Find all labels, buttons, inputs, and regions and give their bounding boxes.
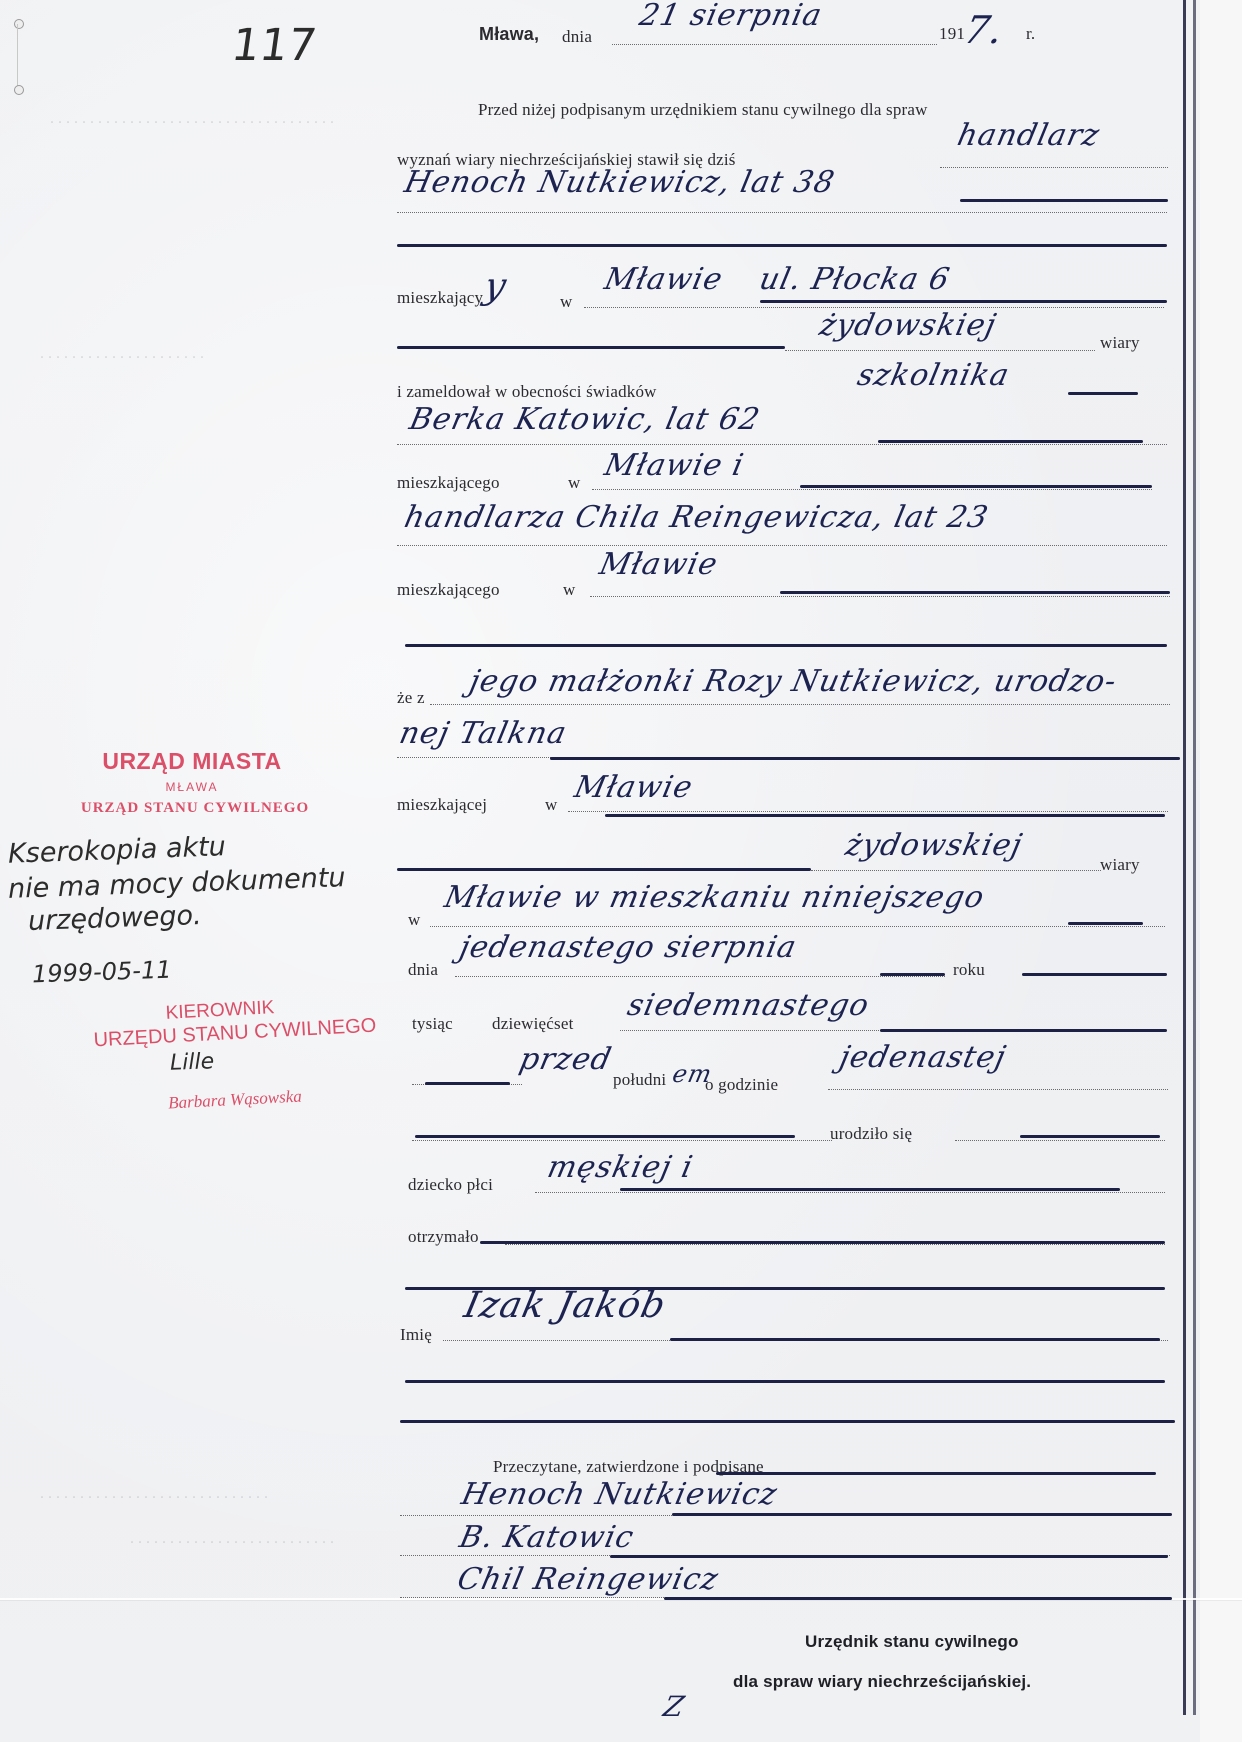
certification-note-line-3: urzędowego.	[28, 900, 203, 937]
header-year-prefix: 191	[939, 24, 965, 44]
office-stamp-line-2: MŁAWA	[72, 780, 312, 794]
birth-year-value: siedemnastego	[624, 988, 872, 1023]
dotted-fill	[430, 704, 1170, 705]
header-date: 21 sierpnia	[636, 0, 825, 33]
mother-faith-label: wiary	[1100, 855, 1140, 875]
birth-thousand-label: tysiąc	[412, 1014, 453, 1034]
residence-faith: żydowskiej	[816, 308, 999, 343]
birth-hour-value: jedenastej	[836, 1040, 1009, 1075]
witness-1-residence: Mławie i	[601, 448, 747, 483]
birth-time-value: przed	[516, 1042, 615, 1077]
fill-line	[397, 868, 811, 871]
signature-declarant: Henoch Nutkiewicz	[458, 1477, 780, 1512]
signature-witness-2: Chil Reingewicz	[454, 1562, 722, 1597]
show-through-text: . . . . . . . . . . . . . . . . . . . . …	[50, 110, 334, 128]
border-rule	[1183, 0, 1186, 1715]
record-number: 117	[228, 20, 319, 71]
dotted-fill	[955, 1140, 1165, 1141]
dotted-fill	[828, 1089, 1168, 1090]
fill-line	[397, 346, 785, 349]
birth-hour-label: o godzinie	[705, 1075, 778, 1095]
mother-residence-label: mieszkającej	[397, 795, 487, 815]
residence-label: mieszkający	[397, 288, 483, 308]
staple-mark	[17, 24, 18, 86]
fill-line	[550, 757, 1180, 760]
head-signature: Lille	[170, 1049, 215, 1076]
document-page: . . . . . . . . . . . . . . . . . . . . …	[0, 0, 1242, 1742]
certification-note-line-1: Kserokopia aktu	[8, 831, 227, 870]
residence-w-label: w	[560, 292, 572, 312]
witness-1-w-label: w	[568, 473, 580, 493]
birth-hundreds-label: dziewięćset	[492, 1014, 574, 1034]
fill-line	[397, 244, 1167, 247]
certification-note-line-2: nie ma mocy dokumentu	[8, 862, 346, 905]
witnesses-label: i zameldował w obecności świadków	[397, 382, 657, 402]
birth-noon-label: południ	[613, 1070, 666, 1090]
fill-line	[716, 1472, 1156, 1475]
birth-place: Mławie w mieszkaniu niniejszego	[441, 880, 988, 915]
fill-line	[800, 485, 1152, 488]
residence-place: Mławie	[601, 262, 726, 297]
fill-line	[1022, 973, 1167, 976]
witness-1-name: Berka Katowic, lat 62	[406, 402, 763, 437]
dotted-fill	[535, 1192, 1165, 1193]
fill-line	[1068, 392, 1138, 395]
office-stamp-line-3: URZĄD STANU CYWILNEGO	[45, 800, 345, 817]
fill-line	[878, 440, 1143, 443]
fill-line	[880, 973, 945, 976]
dotted-fill	[590, 596, 1170, 597]
header-year-suffix: 7.	[960, 8, 1008, 52]
dotted-fill	[430, 926, 1165, 927]
official-mark: Z	[660, 1690, 687, 1723]
child-sex-label: dziecko płci	[408, 1175, 493, 1195]
border-rule	[1193, 0, 1196, 1715]
dotted-fill	[397, 212, 1167, 213]
fill-line	[480, 1241, 1165, 1244]
fill-line	[425, 1082, 510, 1085]
header-place: Mława,	[479, 24, 539, 45]
fill-line	[672, 1513, 1172, 1516]
fill-line	[415, 1135, 795, 1138]
fill-line	[400, 1420, 1175, 1423]
signature-witness-1: B. Katowic	[456, 1520, 637, 1555]
head-stamp-name: Barbara Wąsowska	[110, 1083, 361, 1116]
witness-1-occupation: szkolnika	[854, 358, 1012, 393]
birth-year-label: roku	[953, 960, 985, 980]
fill-line	[1068, 922, 1143, 925]
dotted-fill	[397, 545, 1167, 546]
declarant-value: Henoch Nutkiewicz, lat 38	[401, 165, 838, 200]
dotted-fill	[455, 976, 945, 977]
witness-1-residence-label: mieszkającego	[397, 473, 500, 493]
mother-residence: Mławie	[571, 770, 696, 805]
show-through-text: . . . . . . . . . . . . . . . . . . . . …	[130, 1530, 334, 1548]
certification-date: 1999-05-11	[32, 956, 172, 989]
fill-line	[610, 1555, 1168, 1558]
child-name-label: Imię	[400, 1325, 432, 1345]
fill-line	[620, 1188, 1120, 1191]
fill-line	[405, 1380, 1165, 1383]
residence-suffix: y	[481, 266, 511, 307]
official-title-line-2: dla spraw wiary niechrześcijańskiej.	[733, 1672, 1031, 1692]
mother-label: że z	[397, 688, 425, 708]
header-year-abbrev: r.	[1026, 24, 1035, 44]
dotted-fill	[785, 350, 1095, 351]
fill-line	[1020, 1135, 1160, 1138]
witness-2-residence: Mławie	[596, 547, 721, 582]
fill-line	[780, 591, 1170, 594]
fill-line	[605, 814, 1165, 817]
header-day-label: dnia	[562, 27, 592, 47]
dotted-fill	[940, 167, 1168, 168]
dotted-fill	[505, 1244, 1165, 1245]
fill-line	[670, 1338, 1160, 1341]
intro-line-1: Przed niżej podpisanym urzędnikiem stanu…	[478, 100, 928, 120]
staple-hole	[14, 85, 24, 95]
mother-w-label: w	[545, 795, 557, 815]
mother-faith: żydowskiej	[842, 828, 1025, 863]
mother-name-line-1: jego małżonki Rozy Nutkiewicz, urodzo-	[466, 664, 1120, 699]
child-received-label: otrzymało	[408, 1227, 479, 1247]
dotted-fill	[397, 444, 1167, 445]
child-name-value: Izak Jakób	[461, 1285, 670, 1326]
child-sex-value: męskiej i	[544, 1150, 696, 1185]
born-label: urodziło się	[830, 1124, 912, 1144]
page-margin	[1200, 0, 1242, 1742]
show-through-text: . . . . . . . . . . . . . . . . . . . . …	[40, 1485, 268, 1503]
occupation-value: handlarz	[954, 118, 1103, 153]
witness-2-w-label: w	[563, 580, 575, 600]
dotted-fill	[592, 489, 1152, 490]
show-through-text: . . . . . . . . . . . . . . . . . . . . …	[40, 345, 204, 363]
birth-day-value: jedenastego sierpnia	[456, 930, 800, 965]
dotted-fill	[612, 44, 937, 45]
fill-line	[960, 199, 1168, 202]
fill-line	[880, 1029, 1167, 1032]
residence-street: ul. Płocka 6	[756, 262, 953, 297]
staple-hole	[14, 19, 24, 29]
dotted-fill	[568, 811, 1168, 812]
dotted-fill	[412, 1140, 832, 1141]
fill-line	[405, 644, 1167, 647]
official-title-line-1: Urzędnik stanu cywilnego	[805, 1632, 1019, 1652]
birth-w-label: w	[408, 910, 420, 930]
fill-line	[664, 1597, 1172, 1600]
dotted-fill	[811, 870, 1101, 871]
faith-label: wiary	[1100, 333, 1140, 353]
fill-line	[760, 300, 1167, 303]
mother-name-line-2: nej Talkna	[396, 716, 570, 751]
witness-2-residence-label: mieszkającego	[397, 580, 500, 600]
birth-day-label: dnia	[408, 960, 438, 980]
witness-2-name: handlarza Chila Reingewicza, lat 23	[401, 500, 991, 535]
office-stamp-line-1: URZĄD MIASTA	[72, 748, 312, 775]
